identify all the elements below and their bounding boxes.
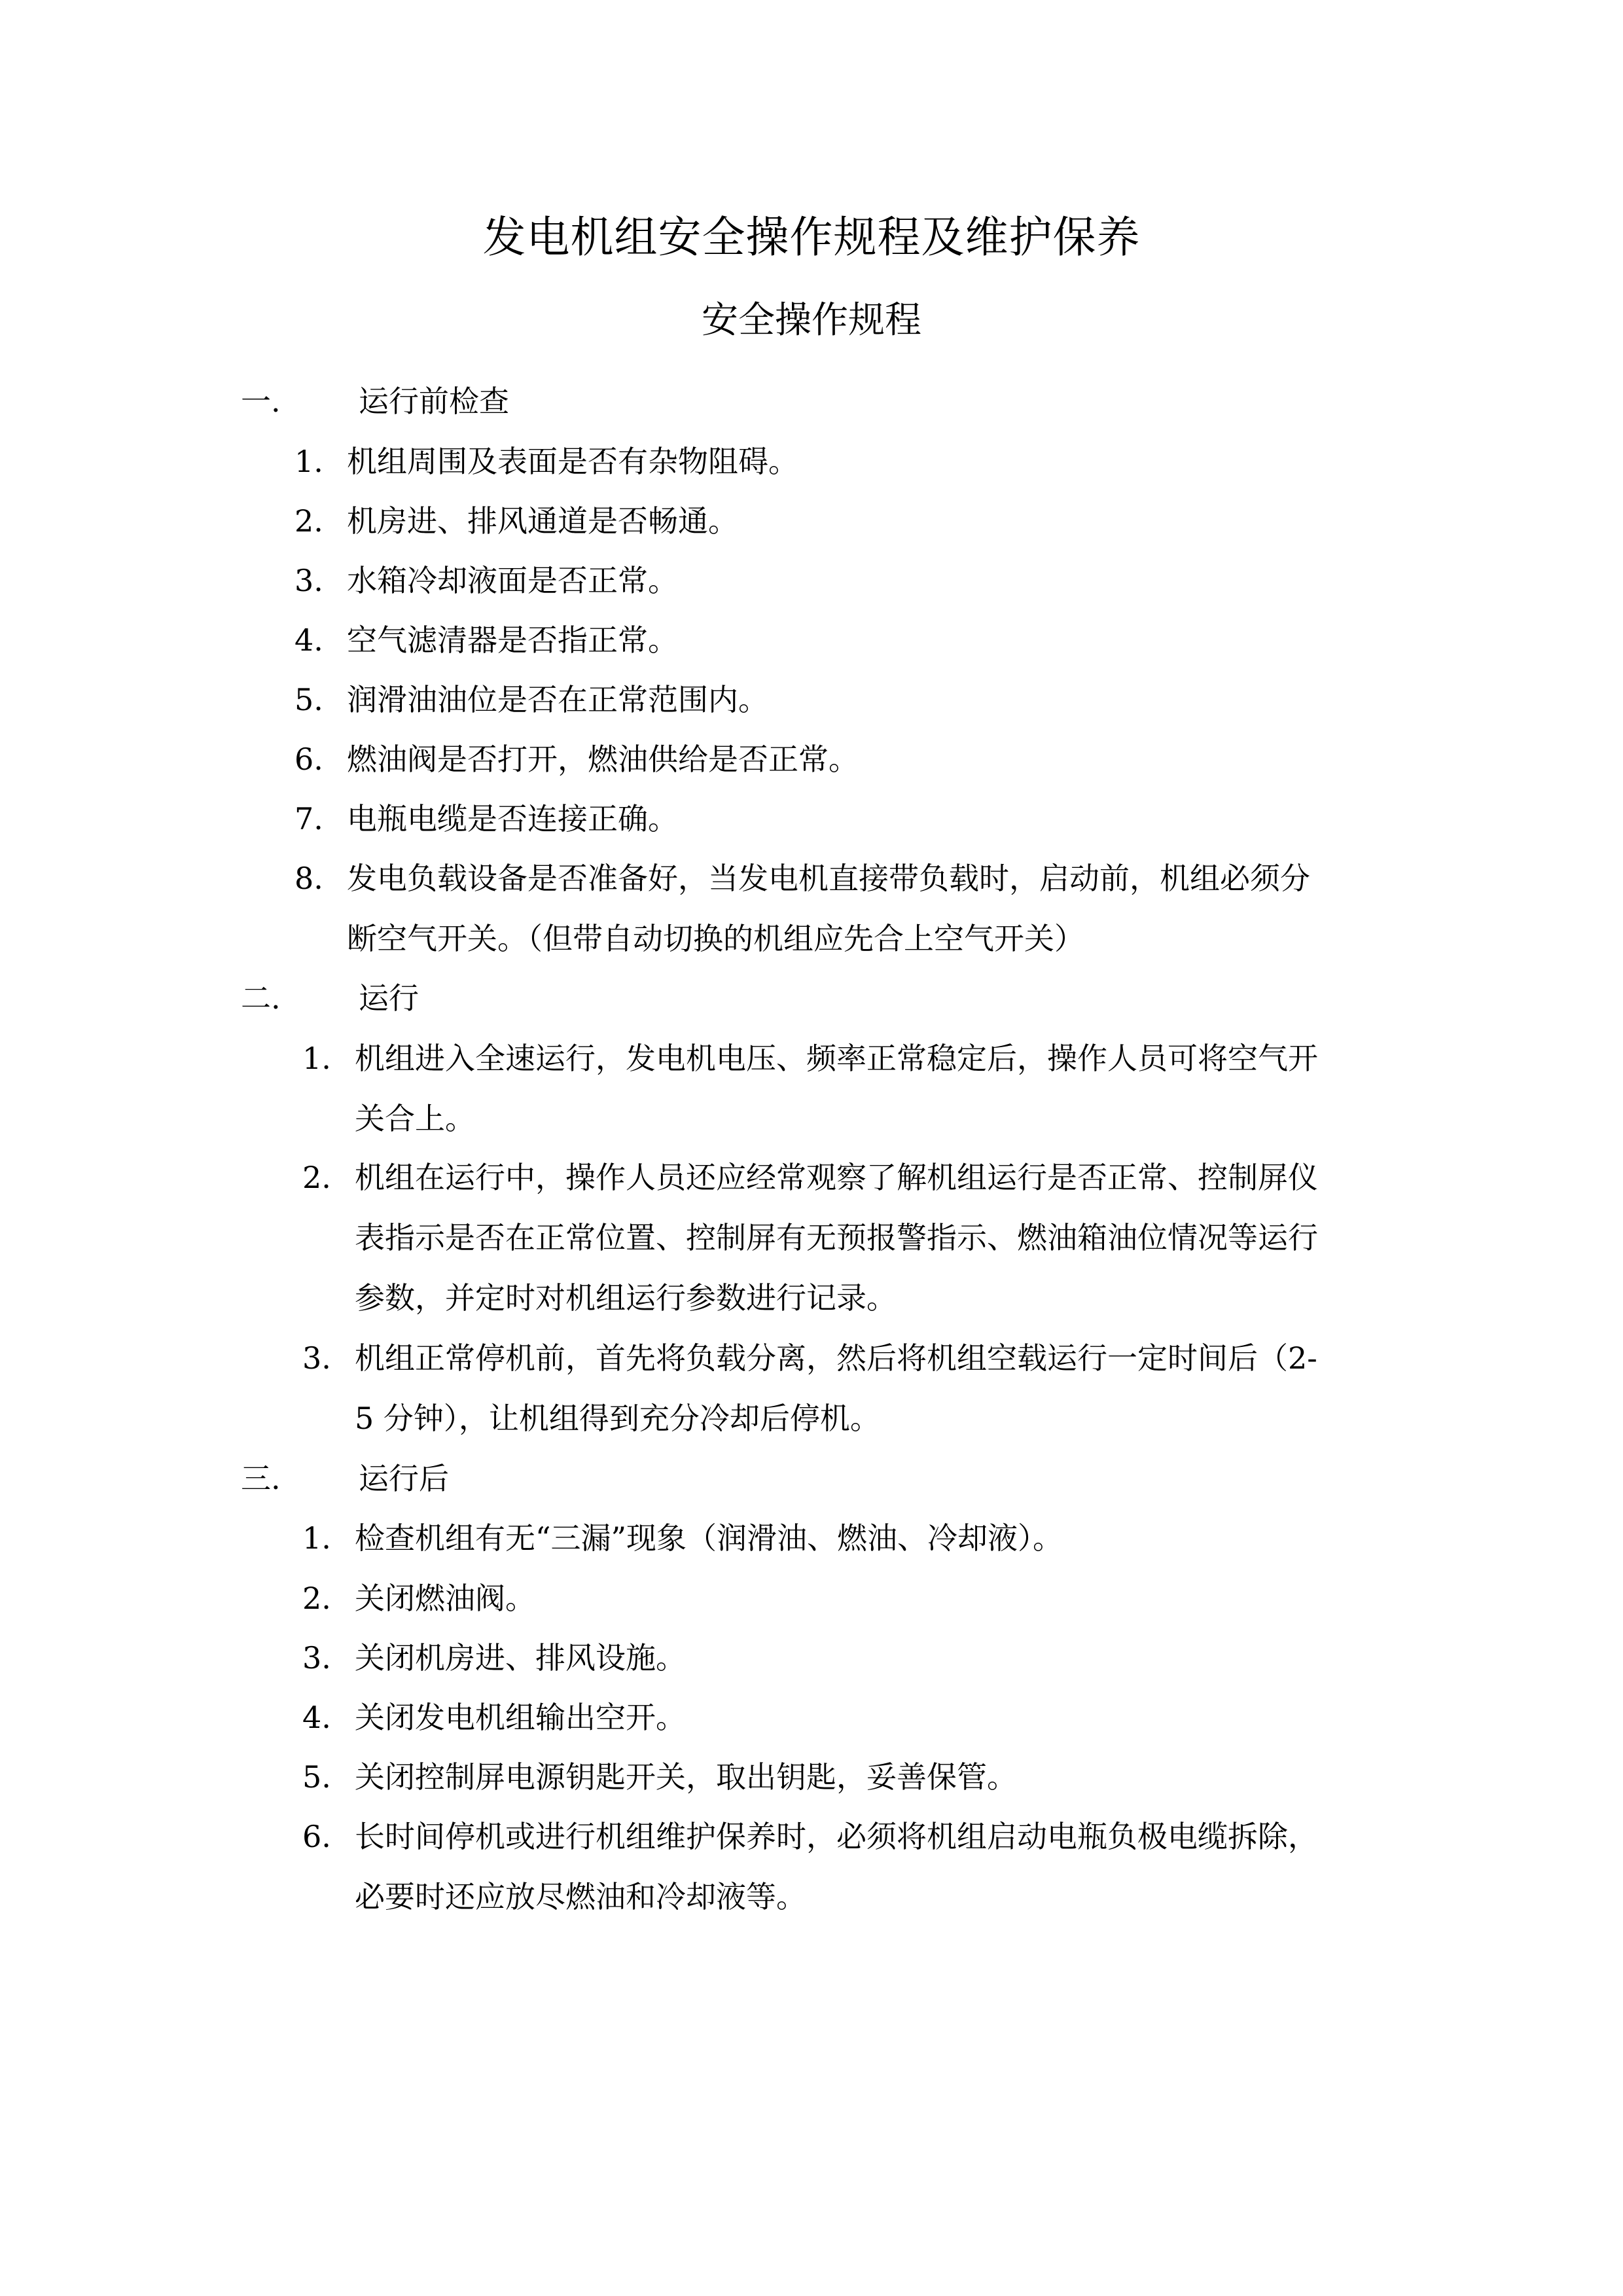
item-text-line: 机组进入全速运行，发电机电压、频率正常稳定后，操作人员可将空气开 — [355, 1035, 1318, 1096]
item-text-line: 关合上。 — [355, 1096, 1318, 1156]
item-text-line: 参数，并定时对机组运行参数进行记录。 — [355, 1275, 1318, 1335]
section-heading-running: 二.运行 — [241, 975, 419, 1021]
item-text: 空气滤清器是否指正常。 — [347, 617, 678, 677]
item-text-line: 长时间停机或进行机组维护保养时，必须将机组启动电瓶负极电缆拆除， — [355, 1814, 1318, 1874]
item-number: 7. — [294, 796, 323, 842]
item-text: 关闭机房进、排风设施。 — [355, 1635, 686, 1695]
item-number: 6. — [294, 736, 323, 782]
item-text: 水箱冷却液面是否正常。 — [347, 558, 678, 618]
item-number: 6. — [302, 1814, 331, 1859]
section-heading-pre-run-check: 一.运行前检查 — [241, 378, 509, 424]
document-title: 发电机组安全操作规程及维护保养 — [0, 208, 1623, 267]
item-number: 1. — [294, 439, 323, 484]
item-number: 1. — [302, 1515, 331, 1561]
item-text: 燃油阀是否打开，燃油供给是否正常。 — [347, 736, 859, 797]
item-number: 1. — [302, 1035, 331, 1081]
item-text-line: 机组正常停机前，首先将负载分离，然后将机组空载运行一定时间后（2- — [355, 1335, 1317, 1395]
item-text: 机组周围及表面是否有杂物阻碍。 — [347, 439, 798, 499]
item-text: 关闭燃油阀。 — [355, 1575, 535, 1636]
section-number: 二. — [241, 975, 359, 1021]
item-text-line: 机组在运行中，操作人员还应经常观察了解机组运行是否正常、控制屏仪 — [355, 1155, 1318, 1215]
item-number: 5. — [294, 677, 323, 723]
item-number: 2. — [302, 1155, 331, 1200]
section-title: 运行后 — [359, 1461, 449, 1496]
item-text: 关闭发电机组输出空开。 — [355, 1695, 686, 1755]
item-text-line: 5 分钟），让机组得到充分冷却后停机。 — [355, 1395, 1317, 1456]
item-text: 机房进、排风通道是否畅通。 — [347, 498, 738, 558]
item-text-line: 断空气开关。（但带自动切换的机组应先合上空气开关） — [347, 916, 1310, 976]
item-number: 2. — [302, 1575, 331, 1621]
item-text-line: 必要时还应放尽燃油和冷却液等。 — [355, 1874, 1318, 1934]
document-page: 发电机组安全操作规程及维护保养 安全操作规程 一.运行前检查 1. 机组周围及表… — [0, 0, 1623, 2296]
item-text: 润滑油油位是否在正常范围内。 — [347, 677, 768, 737]
item-number: 3. — [294, 558, 323, 603]
item-text: 关闭控制屏电源钥匙开关，取出钥匙，妥善保管。 — [355, 1754, 1017, 1814]
item-number: 3. — [302, 1635, 331, 1681]
item-number: 8. — [294, 855, 323, 901]
item-number: 3. — [302, 1335, 331, 1381]
section-number: 一. — [241, 378, 359, 424]
section-number: 三. — [241, 1456, 359, 1501]
document-subtitle: 安全操作规程 — [0, 295, 1623, 347]
section-title: 运行前检查 — [359, 384, 509, 419]
item-text: 检查机组有无“三漏”现象（润滑油、燃油、冷却液）。 — [355, 1515, 1063, 1575]
item-number: 4. — [302, 1695, 331, 1740]
section-heading-after-run: 三.运行后 — [241, 1456, 449, 1501]
item-text-line: 发电负载设备是否准备好，当发电机直接带负载时，启动前，机组必须分 — [347, 855, 1310, 916]
item-number: 2. — [294, 498, 323, 544]
item-number: 5. — [302, 1754, 331, 1800]
section-title: 运行 — [359, 980, 419, 1016]
item-text: 电瓶电缆是否连接正确。 — [347, 796, 678, 856]
item-number: 4. — [294, 617, 323, 663]
item-text-line: 表指示是否在正常位置、控制屏有无预报警指示、燃油箱油位情况等运行 — [355, 1215, 1318, 1275]
